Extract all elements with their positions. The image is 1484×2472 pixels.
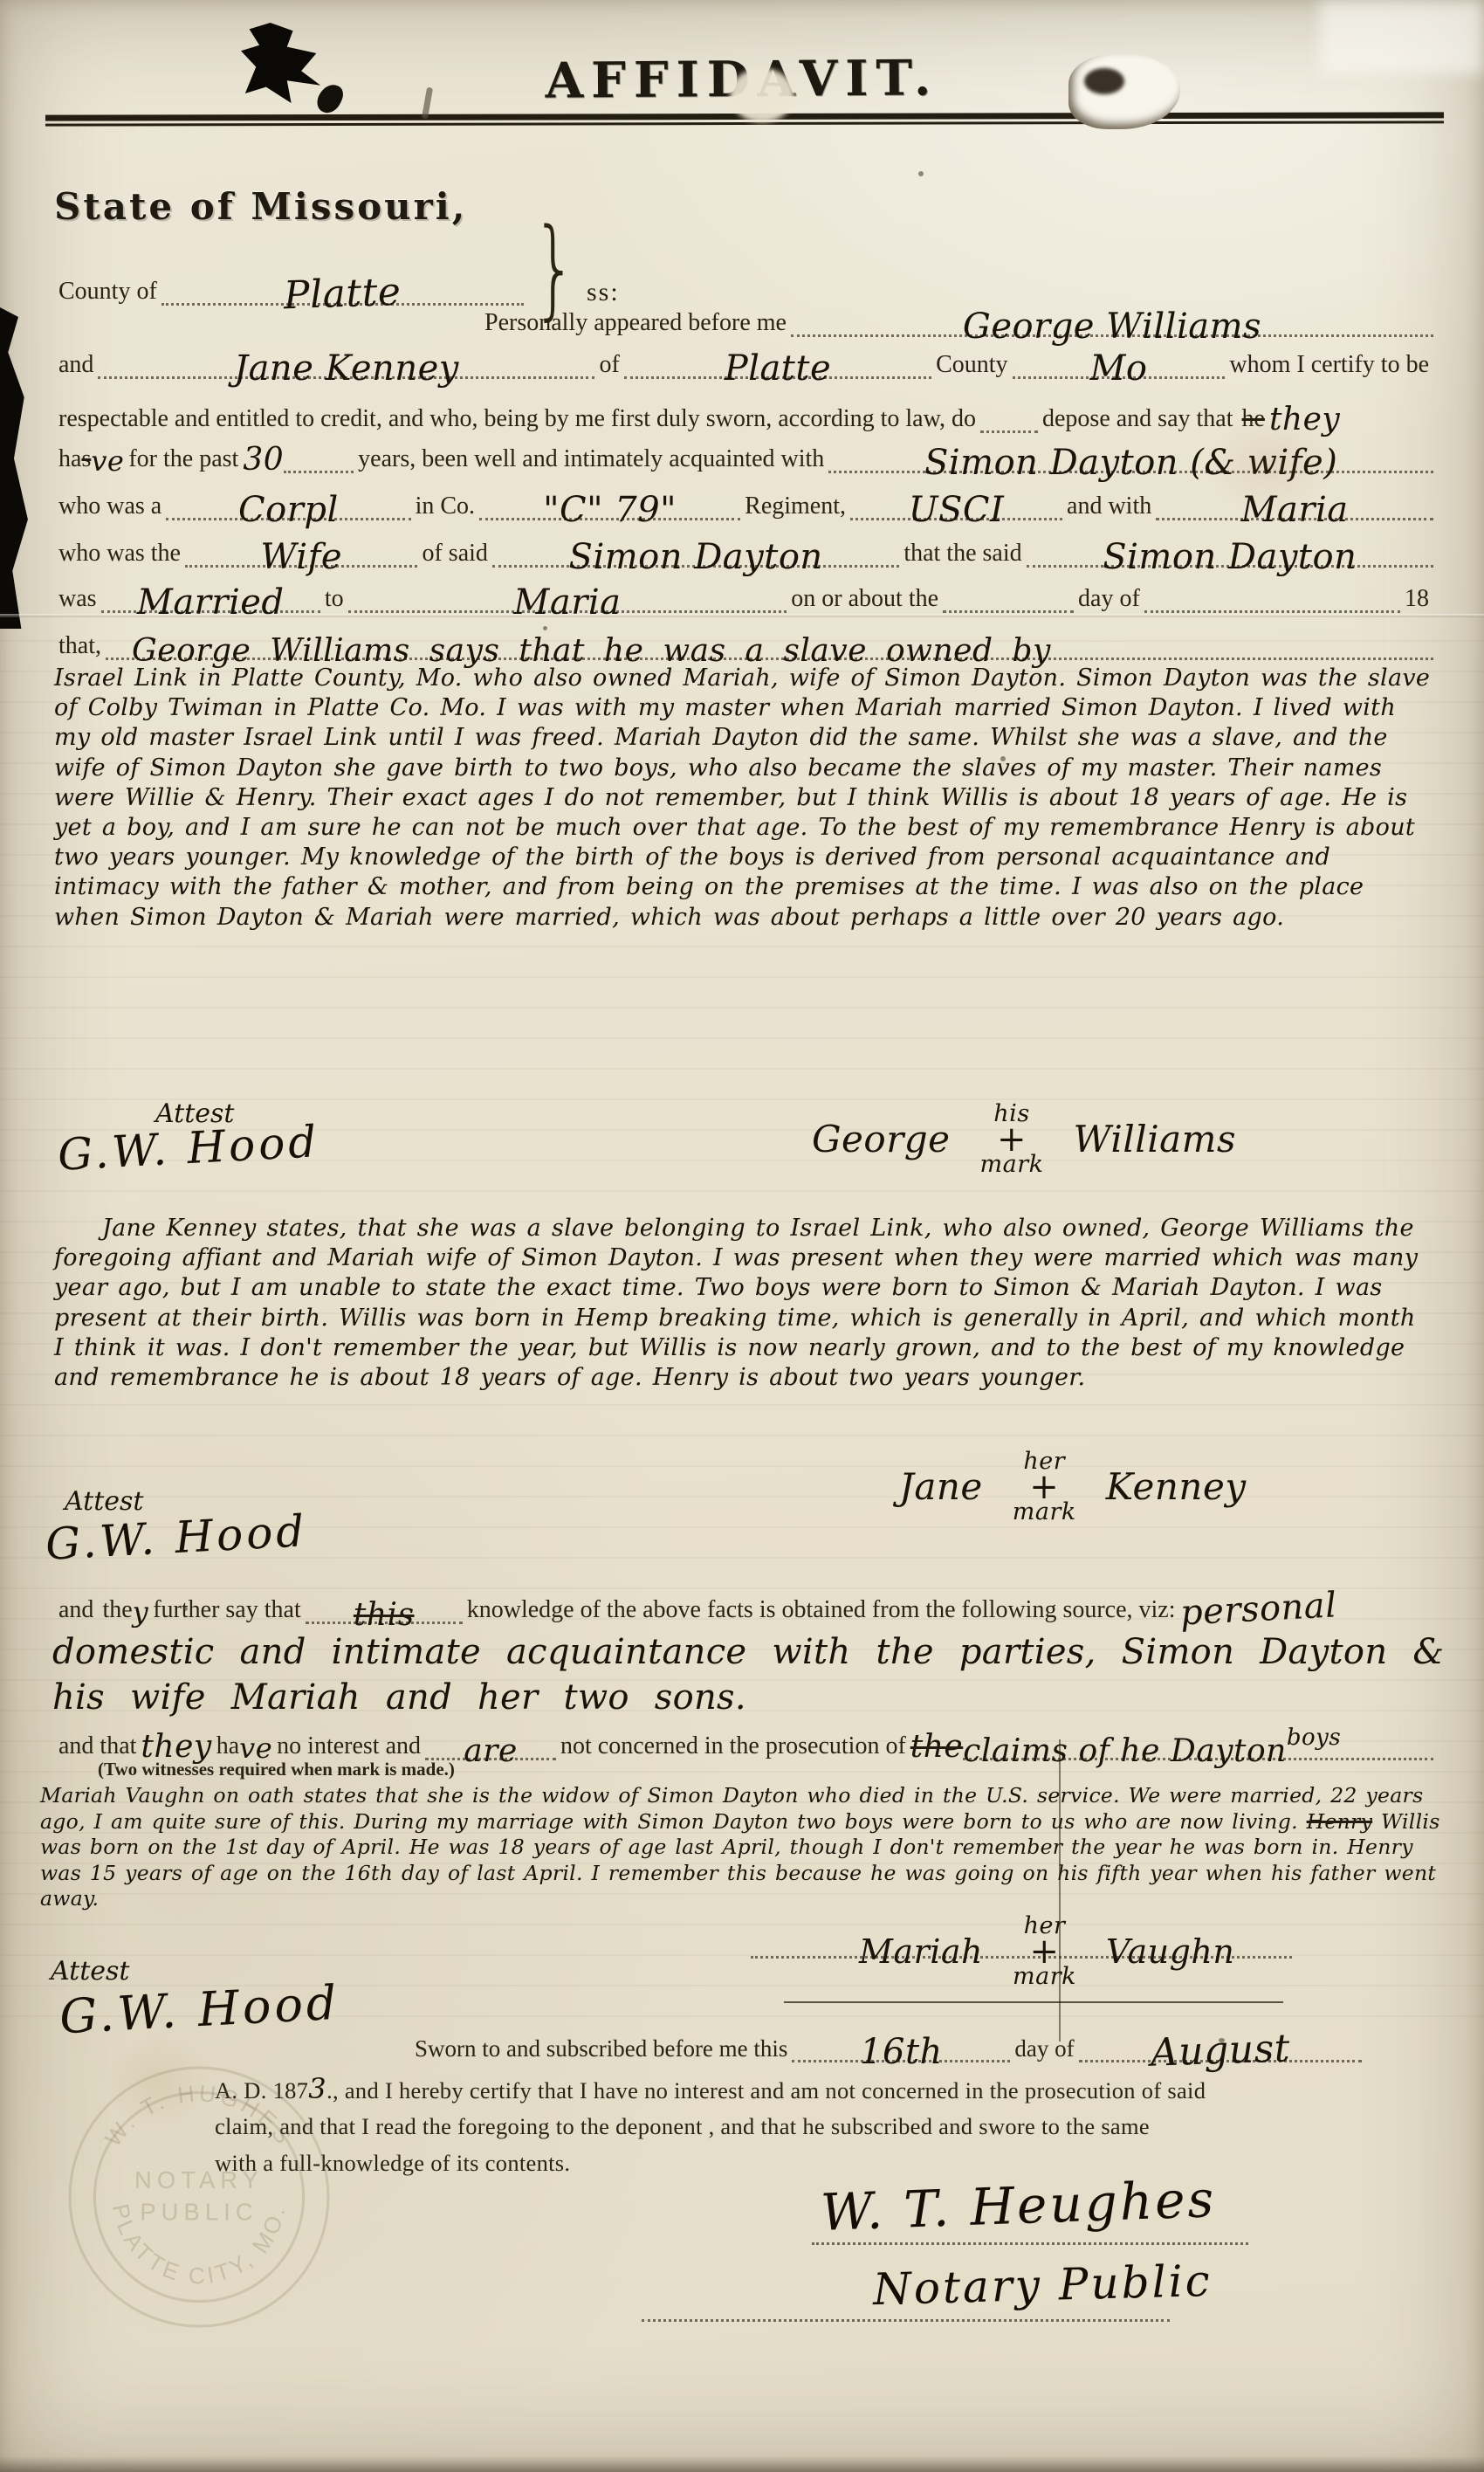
attest3-label: Attest (51, 1956, 129, 1987)
day-of-label: day of (1074, 585, 1144, 613)
ve-handwritten: ve (91, 449, 124, 473)
past-label: for the past (124, 445, 243, 473)
witness1-handwritten: George Williams (963, 312, 1261, 341)
years-handwritten: 30 (243, 447, 284, 473)
husband2-handwritten: Simon Dayton (1103, 542, 1357, 572)
statement1-mark-signature: George his + mark Williams (812, 1104, 1236, 1175)
month-blank (1144, 583, 1400, 613)
attest1-signature: G.W. Hood (57, 1116, 321, 1181)
ha2-label: ha (212, 1732, 239, 1760)
seal-center-line2: PUBLIC (140, 2198, 258, 2225)
attest2-label: Attest (65, 1486, 143, 1517)
married-blank: Married (101, 583, 320, 613)
signer3-last-name: Vaughn (1106, 1934, 1234, 1969)
and-label: and (54, 351, 98, 379)
place-blank: Platte (624, 349, 931, 379)
speck (1219, 2038, 1225, 2042)
married-handwritten: Married (137, 588, 285, 617)
married-line: was Married to Maria on or about the day… (54, 583, 1433, 613)
and-that-label: and that (54, 1732, 141, 1760)
acquainted-label: years, been well and intimately acquaint… (354, 445, 828, 473)
signer2-first-name: Jane (899, 1470, 983, 1505)
source-y-handwritten: y (133, 1600, 149, 1624)
no-interest-label: no interest and (272, 1732, 425, 1760)
signer2-mark-label: mark (1013, 1502, 1076, 1523)
cert-line1: A. D. 1873., and I hereby certify that I… (215, 2076, 1206, 2104)
cert1-label: ., and I hereby certify that I have no i… (326, 2077, 1206, 2104)
wife-handwritten: Wife (260, 542, 342, 572)
struck-he: he (1238, 405, 1269, 433)
state-handwritten: Mo (1089, 354, 1147, 383)
respectable-line: respectable and entitled to credit, and … (54, 403, 1433, 433)
statement2-body: Jane Kenney states, that she was a slave… (54, 1214, 1435, 1393)
appeared-label: Personally appeared before me (480, 309, 791, 337)
signer1-last-name: Williams (1073, 1122, 1236, 1157)
signer3-x-mark: + (1029, 1937, 1059, 1966)
rank-handwritten: Corpl (238, 495, 339, 525)
struck-s: s (81, 445, 91, 473)
of-label: of (594, 351, 623, 379)
signer1-first-name: George (812, 1122, 951, 1157)
acquainted-line: ha s ve for the past 30 years, been well… (54, 444, 1433, 473)
to-label: to (320, 585, 348, 613)
place-handwritten: Platte (725, 354, 831, 383)
and-with-label: and with (1062, 492, 1156, 520)
county-blank: Platte (161, 276, 524, 306)
separator-rule (784, 2001, 1283, 2003)
acquainted-blank: Simon Dayton (& wife) (828, 444, 1433, 473)
bottom-edge-shadow (0, 2456, 1484, 2472)
svg-text:W. T. HUGHES: W. T. HUGHES (100, 2080, 299, 2152)
are-blank: are (425, 1731, 556, 1760)
no-interest-line: and that they ha ve no interest and are … (54, 1731, 1433, 1760)
that-label: that, (54, 632, 106, 660)
statement3-body: Mariah Vaughn on oath states that she is… (40, 1783, 1446, 1912)
respectable-label: respectable and entitled to credit, and … (54, 405, 980, 433)
on-or-about-label: on or about the (787, 585, 943, 613)
paper-damage-patch (730, 68, 794, 122)
statement2-mark-signature: Jane her + mark Kenney (899, 1451, 1247, 1523)
husband2-blank: Simon Dayton (1027, 538, 1433, 568)
dots-blank (980, 403, 1038, 433)
wife-name-blank: Maria (1156, 491, 1433, 520)
husband-blank: Simon Dayton (492, 538, 899, 568)
acquainted-handwritten: Simon Dayton (& wife) (924, 448, 1337, 478)
state-heading: State of Missouri, (54, 185, 467, 228)
husband-handwritten: Simon Dayton (569, 542, 823, 572)
witness2-line: and Jane Kenney of Platte County Mo whom… (54, 349, 1433, 379)
that-line: that, George Williams says that he was a… (54, 630, 1433, 660)
sworn-day-handwritten: 16th (860, 2037, 943, 2067)
claims-blank: claims of he Dayton boys (963, 1731, 1433, 1760)
that-said-label: that the said (899, 540, 1026, 568)
company-handwritten: "C" 79" (543, 495, 677, 525)
signer1-mark-label: mark (980, 1154, 1044, 1175)
notary-title-handwritten: Notary Public (872, 2255, 1213, 2315)
source-personal-handwritten: personal (1179, 1590, 1337, 1628)
rank-line: who was a Corpl in Co. "C" 79" Regiment,… (54, 491, 1433, 520)
statement1-lead-handwritten: George Williams says that he was a slave… (106, 638, 1051, 664)
source-the-label: the (98, 1596, 132, 1624)
notary-signature-line (812, 2242, 1248, 2245)
notary-signature: W. T. Heughes (820, 2169, 1217, 2242)
statement1-body: Israel Link in Platte County, Mo. who al… (54, 664, 1433, 933)
rank-blank: Corpl (166, 491, 410, 520)
signer2-x-mark: + (1029, 1472, 1059, 1502)
certify-label: whom I certify to be (1225, 351, 1433, 379)
signer3-mark-label: mark (1013, 1966, 1076, 1987)
source-line: and the y further say that this knowledg… (54, 1594, 1433, 1624)
sworn-label: Sworn to and subscribed before me this (410, 2035, 792, 2062)
signer1-x-mark: + (997, 1125, 1027, 1154)
source-further-label: further say that (148, 1596, 306, 1624)
witness2-blank: Jane Kenney (98, 349, 594, 379)
was-label: was (54, 585, 101, 613)
sworn-line: Sworn to and subscribed before me this 1… (410, 2033, 1362, 2062)
seal-center-line1: NOTARY (134, 2166, 264, 2193)
depose-label: depose and say that (1038, 405, 1238, 433)
witness2-handwritten: Jane Kenney (234, 354, 459, 383)
who-was-a-label: who was a (54, 492, 166, 520)
company-blank: "C" 79" (479, 491, 740, 520)
claims-handwritten: claims of he Dayton (963, 1739, 1287, 1765)
dots-blank (284, 444, 354, 473)
statement3-pre: Mariah Vaughn on oath states that she is… (40, 1783, 1423, 1834)
source-knowledge-label: knowledge of the above facts is obtained… (463, 1596, 1180, 1624)
regiment-handwritten: USCI (909, 495, 1005, 525)
sworn-day-blank: 16th (792, 2033, 1010, 2062)
source-handwritten-body: domestic and intimate acquaintance with … (52, 1629, 1449, 1720)
maria2-blank: Maria (348, 583, 787, 613)
not-concerned-label: not concerned in the prosecution of (556, 1732, 910, 1760)
day-blank (943, 583, 1074, 613)
regiment-label: Regiment, (740, 492, 850, 520)
speck (1000, 756, 1006, 761)
statement-lead-blank: George Williams says that he was a slave… (106, 630, 1433, 660)
speck (918, 171, 924, 176)
county-label: County of (54, 278, 161, 306)
source-and-label: and (54, 1596, 98, 1624)
wife-line: who was the Wife of said Simon Dayton th… (54, 538, 1433, 568)
in-co-label: in Co. (411, 492, 479, 520)
they2-handwritten: they (141, 1734, 211, 1760)
witness1-blank: George Williams (791, 307, 1433, 337)
county-line: County of Platte (54, 276, 524, 306)
state-blank: Mo (1013, 349, 1226, 379)
struck-the: the (910, 1734, 963, 1760)
bright-corner (1320, 0, 1484, 73)
ha-label: ha (54, 445, 81, 473)
sworn-day-of-label: day of (1010, 2035, 1078, 2062)
boys-superscript: boys (1287, 1725, 1341, 1751)
speck (543, 626, 547, 630)
vertical-crease-line (1059, 1739, 1061, 2042)
statement3-struck-word: Henry (1307, 1809, 1373, 1834)
cert-line2: claim, and that I read the foregoing to … (215, 2113, 1150, 2140)
ss-label: ss: (587, 278, 620, 307)
source-blank: this (306, 1594, 463, 1624)
year18-label: 18 (1400, 585, 1433, 613)
wife-blank: Wife (185, 538, 418, 568)
torn-left-edge (0, 307, 37, 629)
signer2-last-name: Kenney (1106, 1470, 1247, 1505)
are-handwritten: are (464, 1739, 517, 1765)
notary-embossed-seal: W. T. HUGHES PLATTE CITY, MO. NOTARY PUB… (66, 2064, 332, 2330)
wife-name-handwritten: Maria (1241, 495, 1349, 525)
maria2-handwritten: Maria (513, 588, 621, 617)
two-witnesses-note: (Two witnesses required when mark is mad… (98, 1759, 455, 1780)
ve2-handwritten: ve (239, 1736, 272, 1760)
of-said-label: of said (417, 540, 491, 568)
county-word: County (931, 351, 1012, 379)
signer3-first-name: Mariah (859, 1934, 983, 1969)
statement3-mark-signature: Mariah her + mark Vaughn (859, 1916, 1234, 1987)
affidavit-scan: AFFIDAVIT. State of Missouri, County of … (0, 0, 1484, 2472)
they-handwritten: they (1269, 407, 1340, 433)
appeared-line: Personally appeared before me George Wil… (54, 307, 1433, 337)
source-struck-word: this (354, 1602, 415, 1628)
notary-title-line (642, 2319, 1170, 2322)
who-was-the-label: who was the (54, 540, 185, 568)
seal-top-arc-text: W. T. HUGHES (100, 2080, 299, 2152)
speck (183, 1607, 188, 1611)
regiment-blank: USCI (850, 491, 1062, 520)
horizontal-fold-crease (0, 614, 1484, 617)
